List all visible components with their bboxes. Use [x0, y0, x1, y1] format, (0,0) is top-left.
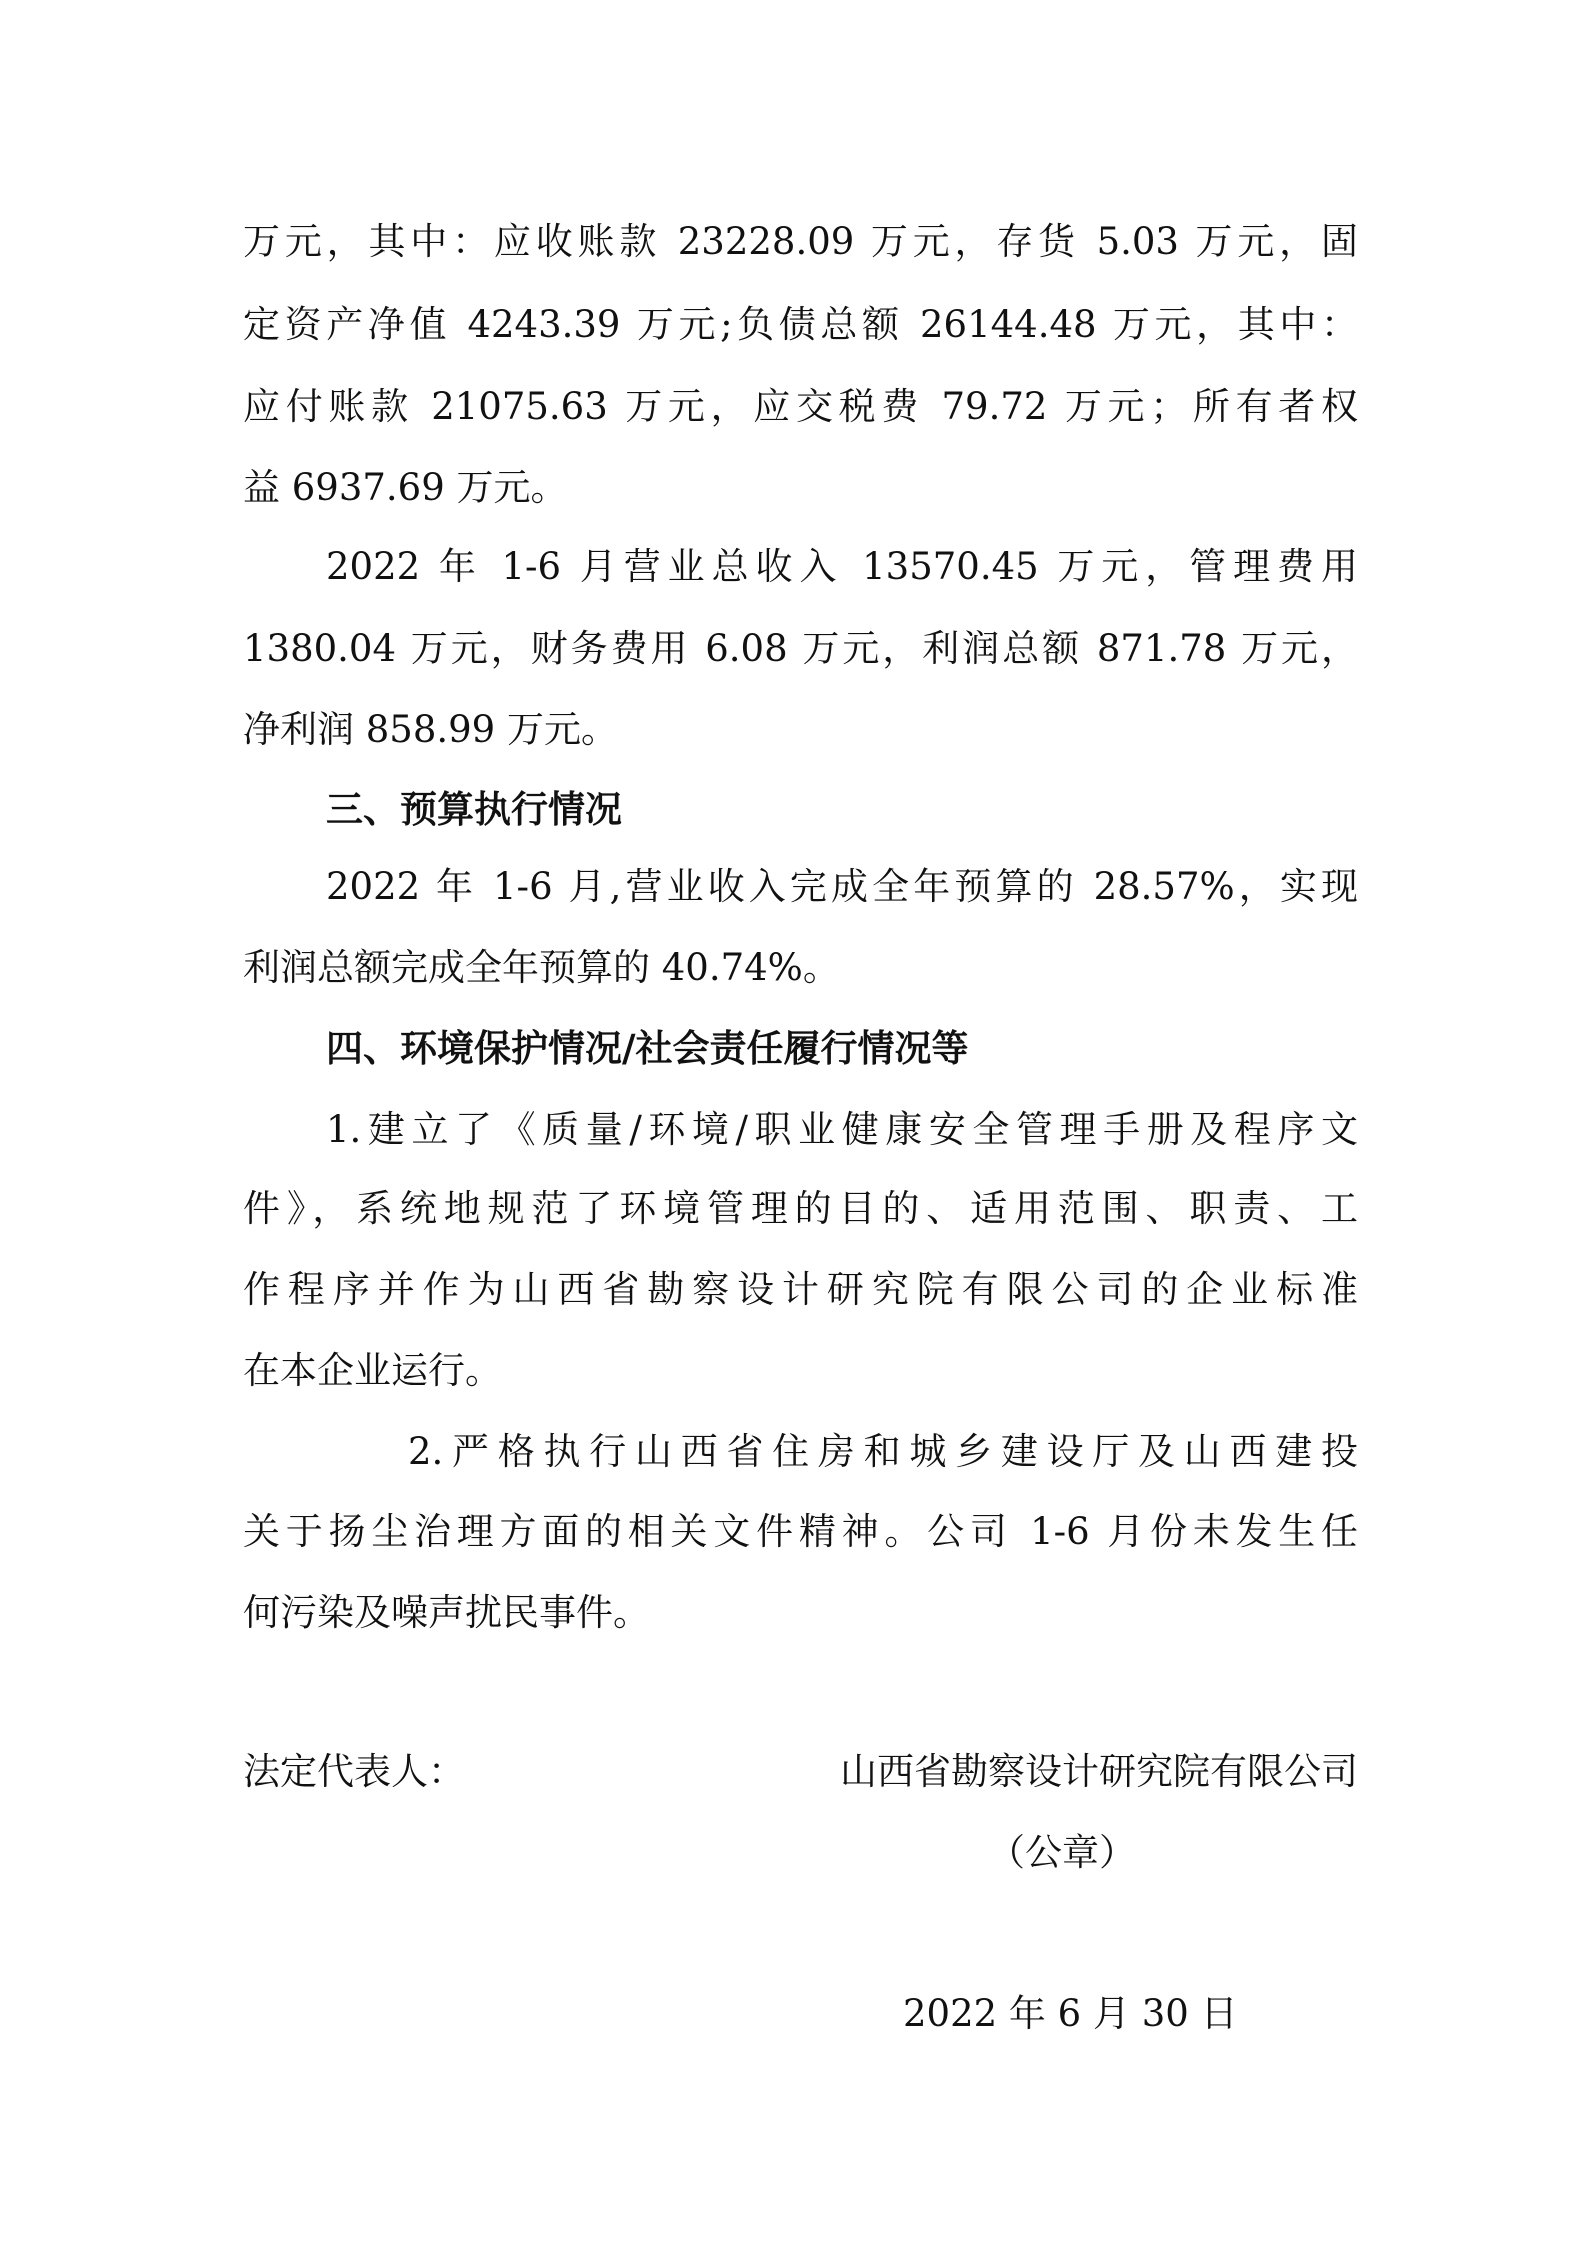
text-line: 1380.04 万元，财务费用 6.08 万元，利润总额 871.78 万元， — [243, 627, 1358, 671]
text-line: 净利润 858.99 万元。 — [243, 708, 1358, 752]
text-line: 益 6937.69 万元。 — [243, 466, 1358, 510]
text-line: 2022 年 1-6 月营业总收入 13570.45 万元，管理费用 — [243, 545, 1358, 589]
text-line: 关于扬尘治理方面的相关文件精神。公司 1-6 月份未发生任 — [243, 1510, 1358, 1554]
text-line: 2022 年 1-6 月,营业收入完成全年预算的 28.57%，实现 — [243, 865, 1358, 909]
company-name: 山西省勘察设计研究院有限公司 — [840, 1750, 1358, 1794]
text-line: 应付账款 21075.63 万元，应交税费 79.72 万元；所有者权 — [243, 385, 1358, 429]
text-line: 万元，其中：应收账款 23228.09 万元，存货 5.03 万元，固 — [243, 220, 1358, 264]
text-line: 件》，系统地规范了环境管理的目的、适用范围、职责、工 — [243, 1187, 1358, 1231]
section-heading: 三、预算执行情况 — [243, 788, 1358, 832]
section-heading: 四、环境保护情况/社会责任履行情况等 — [243, 1027, 1358, 1071]
text-line: 何污染及噪声扰民事件。 — [243, 1591, 1358, 1635]
official-seal-label: （公章） — [988, 1831, 1136, 1875]
text-line: 利润总额完成全年预算的 40.74%。 — [243, 946, 1358, 990]
text-line: 1.建立了《质量/环境/职业健康安全管理手册及程序文 — [243, 1108, 1358, 1152]
document-date: 2022 年 6 月 30 日 — [903, 1992, 1238, 2036]
text-line: 2.严格执行山西省住房和城乡建设厅及山西建投 — [243, 1430, 1358, 1474]
text-line: 定资产净值 4243.39 万元;负债总额 26144.48 万元，其中： — [243, 303, 1358, 347]
text-line: 在本企业运行。 — [243, 1349, 1358, 1393]
legal-representative-label: 法定代表人： — [243, 1750, 465, 1794]
text-line: 作程序并作为山西省勘察设计研究院有限公司的企业标准 — [243, 1268, 1358, 1312]
